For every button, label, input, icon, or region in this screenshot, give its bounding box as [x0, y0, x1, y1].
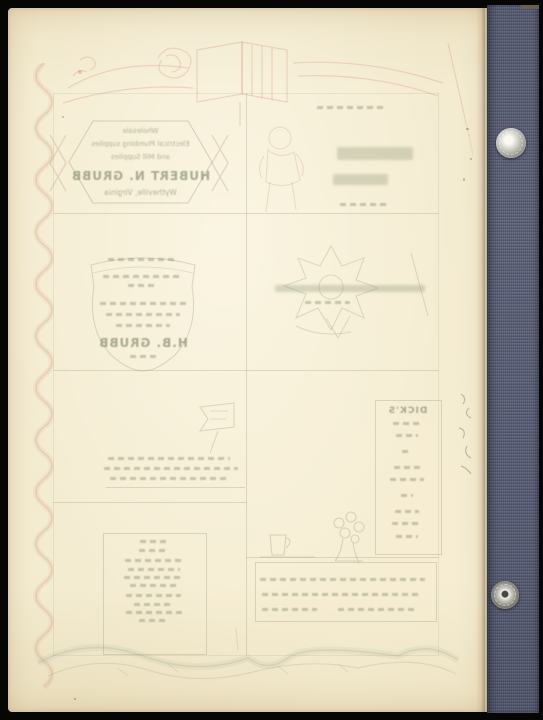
- bottomleft-ad-line: [139, 549, 169, 552]
- bottom-strip-line: [262, 593, 422, 596]
- flower-ad-ghost-title: [275, 285, 425, 292]
- fastener-knurl-ring: [499, 131, 523, 155]
- shield-ad-text-line: [128, 284, 158, 287]
- pennant-sketch: [198, 401, 240, 456]
- flowerpot-sketch: [255, 505, 373, 570]
- dicks-ad-line: [396, 535, 418, 538]
- dicks-ad-line: [394, 466, 420, 469]
- shield-ad-text-line: [103, 275, 183, 278]
- topright-ad-ghost-word: [337, 147, 413, 160]
- topright-ad-small-line: [340, 203, 388, 206]
- hexagon-ad-line1: Wholesale: [68, 128, 213, 135]
- midleft-ad-line: [110, 477, 228, 480]
- spine-top-sliver: [521, 5, 539, 9]
- midleft-ad-line: [104, 467, 238, 470]
- grid-center-rule: [246, 93, 247, 655]
- dicks-ad-line: [392, 522, 422, 525]
- dicks-ad-title: DICK'S: [375, 407, 440, 416]
- bottomleft-ad-line: [140, 540, 168, 543]
- dicks-ad-line: [401, 494, 413, 497]
- brown-speck: [463, 178, 465, 181]
- bottomleft-ad-line: [128, 568, 180, 571]
- bottomleft-ad-line: [125, 559, 183, 562]
- brown-speck: [470, 158, 472, 160]
- midleft-ad-line: [108, 457, 230, 460]
- bottomleft-ad-line: [124, 576, 184, 579]
- bleedthrough-layer: Wholesale Electrical Plumbing supplies a…: [8, 8, 487, 712]
- dicks-ad-line: [393, 422, 421, 425]
- bottomleft-ad-line: [130, 584, 178, 587]
- topright-ad-small-line: [317, 106, 387, 109]
- hexagon-ad-name: HUBERT N. GRUBB: [68, 170, 213, 182]
- bottomleft-ad-line: [126, 611, 182, 614]
- album-page: Wholesale Electrical Plumbing supplies a…: [8, 8, 487, 712]
- shield-ad-text-line: [116, 324, 170, 327]
- grid-bottom-rule: [53, 655, 439, 656]
- scrapbook-scan: Wholesale Electrical Plumbing supplies a…: [0, 0, 543, 720]
- figure-sketch: [250, 120, 310, 218]
- hexagon-left-flourish: [48, 133, 68, 193]
- bottom-snap-fastener: [491, 581, 519, 609]
- brown-speck: [466, 128, 469, 130]
- brown-speck: [74, 698, 76, 700]
- bottom-strip-line: [260, 578, 425, 581]
- shield-ad-text-line: [106, 313, 180, 316]
- shield-ad-text-line: [108, 258, 178, 261]
- hexagon-right-flourish: [210, 133, 230, 193]
- page-right-edge: [476, 8, 487, 712]
- midleft-ad-underline: [106, 487, 245, 488]
- bottomleft-ad-line: [134, 603, 174, 606]
- bottom-strip-line: [262, 608, 317, 611]
- topright-ad-ghost-word: [333, 174, 388, 185]
- hexagon-ad-line3: and Mill Supplies: [68, 154, 213, 161]
- fastener-knurl-ring: [494, 584, 516, 606]
- shield-ad-text-line: [130, 355, 156, 358]
- bottom-strip-line: [338, 608, 418, 611]
- bottomleft-ad-line: [139, 619, 169, 622]
- hexagon-ad-line2: Electrical Plumbing supplies: [68, 141, 213, 148]
- dicks-ad-line: [396, 434, 418, 437]
- flower-ad-small-line: [305, 301, 350, 304]
- grid-right-rule: [438, 93, 439, 655]
- hexagon-ad-location: Wytheville, Virginia: [68, 189, 213, 197]
- grid-rule-3: [53, 502, 247, 503]
- grid-top-rule: [53, 93, 439, 94]
- red-speck: [62, 116, 64, 118]
- bottomleft-ad-line: [126, 594, 181, 597]
- grid-rule-1: [53, 213, 439, 214]
- binding-spine: [487, 5, 539, 713]
- bottom-strip-ad-box: [255, 562, 437, 622]
- top-snap-fastener: [496, 128, 526, 158]
- shield-ad-name: H.B. GRUBB: [83, 337, 203, 349]
- dicks-ad-line: [390, 478, 424, 481]
- shield-ad-text-line: [100, 302, 186, 305]
- dicks-ad-line: [402, 450, 412, 453]
- dicks-ad-line: [395, 510, 419, 513]
